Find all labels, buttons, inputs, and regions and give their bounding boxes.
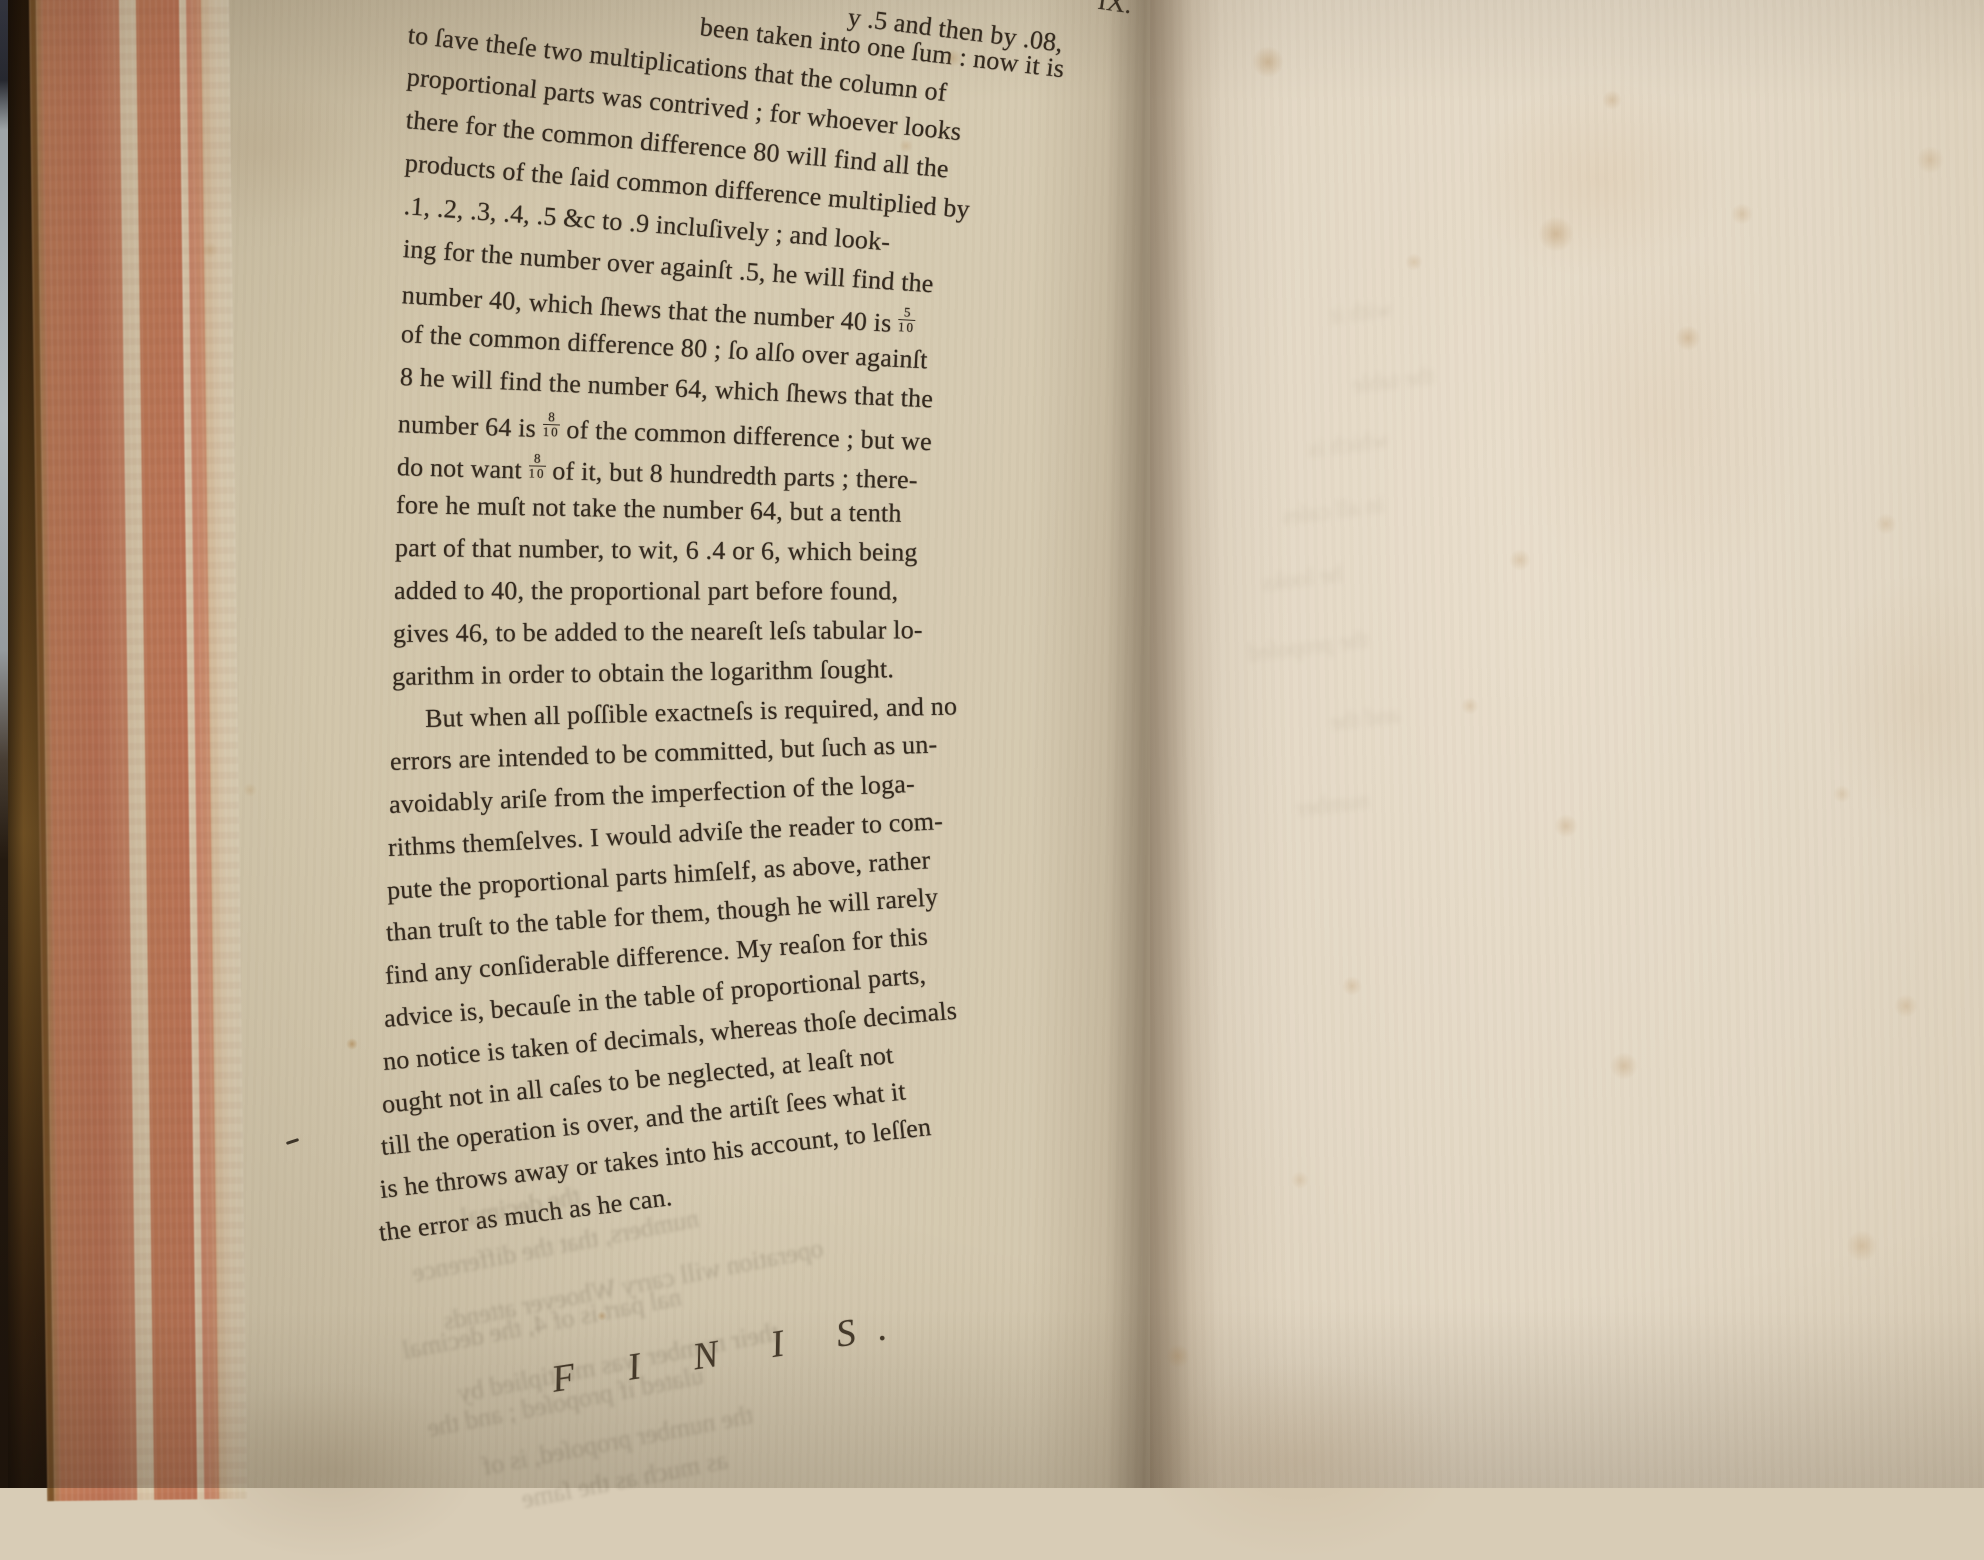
text-line: added to 40, the proportional part befor… [394, 576, 898, 606]
right-page [1150, 0, 1984, 1488]
book-photo: y .5 and then by .08,been taken into one… [0, 0, 1984, 1488]
text-line: part of that number, to wit, 6 .4 or 6, … [395, 533, 918, 568]
text-line: gives 46, to be added to the neareſt leſ… [393, 615, 923, 649]
stacked-fraction: 810 [543, 410, 561, 439]
marbled-page-edge [29, 0, 247, 1488]
stacked-fraction: 810 [529, 451, 547, 480]
stacked-fraction: 510 [897, 305, 916, 334]
